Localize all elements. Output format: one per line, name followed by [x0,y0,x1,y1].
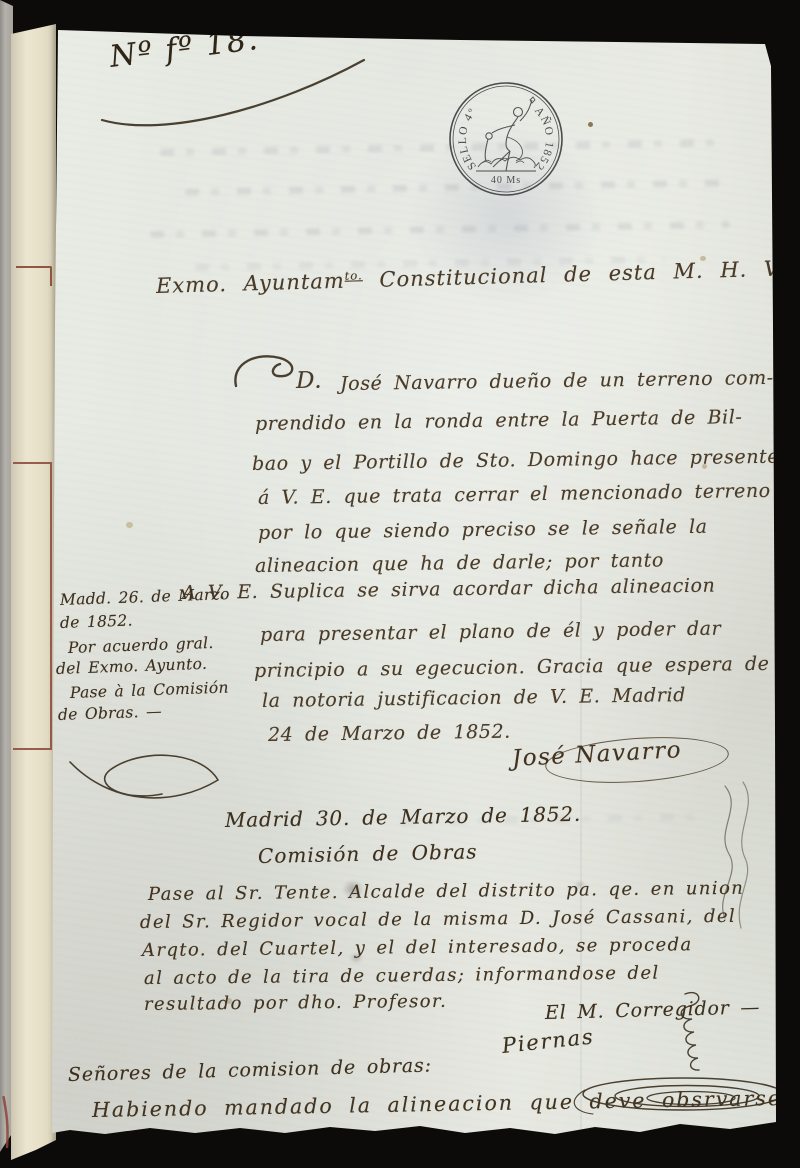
seal-left-text: SELLO 4º [457,106,479,172]
heading-superscript: to. [344,268,362,282]
petition-line: bao y el Portillo de Sto. Domingo hace p… [252,446,779,475]
footer-salutation: Señores de la comision de obras: [68,1054,432,1086]
decree-line: del Sr. Regidor vocal de la misma D. Jos… [140,906,736,933]
seal-denomination-text: 40 Ms [491,175,521,186]
folio-underline-flourish [96,34,380,136]
red-ink-mark-bottom [1,1092,13,1152]
decree-line: resultado por dho. Profesor. [144,991,447,1015]
red-ink-bracket-large [13,462,52,750]
petition-line: alineacion que ha de darle; por tanto [255,549,664,577]
petition-line: A V. E. Suplica se sirva acordar dicha a… [182,575,716,604]
paragraph-opening-flourish [228,348,306,396]
margin-note-rubric-flourish [50,732,240,817]
margin-note-line: de 1852. [60,611,133,632]
decree-line: Arqto. del Cuartel, y el del interesado,… [142,934,693,961]
decree-committee-line: Comisión de Obras [258,839,478,868]
petition-line: para presentar el plano de él y poder da… [260,618,722,646]
petition-initial: D. [296,368,323,394]
seated-figure-illustration [478,97,535,171]
revenue-stamp-seal-icon: SELLO 4º AÑO 1852 40 Ms [448,81,564,197]
red-ink-bracket-small [16,266,52,286]
svg-text:SELLO 4º: SELLO 4º [457,106,479,172]
margin-note-line: Pase à la Comisión [70,678,229,702]
svg-text:AÑO 1852: AÑO 1852 [532,105,555,173]
heading-text-pre: Exmo. Ayuntam [156,269,345,298]
petition-line: por lo que siendo preciso se le señale l… [258,516,708,544]
margin-note-line: del Exmo. Ayunto. [56,655,208,678]
petition-line: á V. E. que trata cerrar el mencionado t… [258,480,771,509]
decree-line: al acto de la tira de cuerdas; informand… [144,963,660,989]
decree-date-line: Madrid 30. de Marzo de 1852. [225,802,581,832]
seal-right-text: AÑO 1852 [532,105,555,173]
margin-note-line: Madd. 26. de Marzo [60,585,230,609]
scanned-document-photo: Nº fº 18. [0,0,800,1168]
petition-line: la notoria justificacion de V. E. Madrid [262,684,686,712]
manuscript-page: Nº fº 18. [40,26,776,1140]
petition-line: prendido en la ronda entre la Puerta de … [255,406,743,435]
margin-note-line: Por acuerdo gral. [68,634,214,657]
corregidor-rubric-flourish [565,988,800,1148]
petition-line: principio a su egecucion. Gracia que esp… [254,653,770,682]
foxing-spot [126,522,133,528]
petition-line: José Navarro dueño de un terreno com- [340,367,774,395]
petition-line: 24 de Marzo de 1852. [268,721,511,746]
decree-line: Pase al Sr. Tente. Alcalde del distrito … [148,878,744,905]
foxing-spot [588,122,593,127]
margin-note-line: de Obras. — [58,702,162,724]
